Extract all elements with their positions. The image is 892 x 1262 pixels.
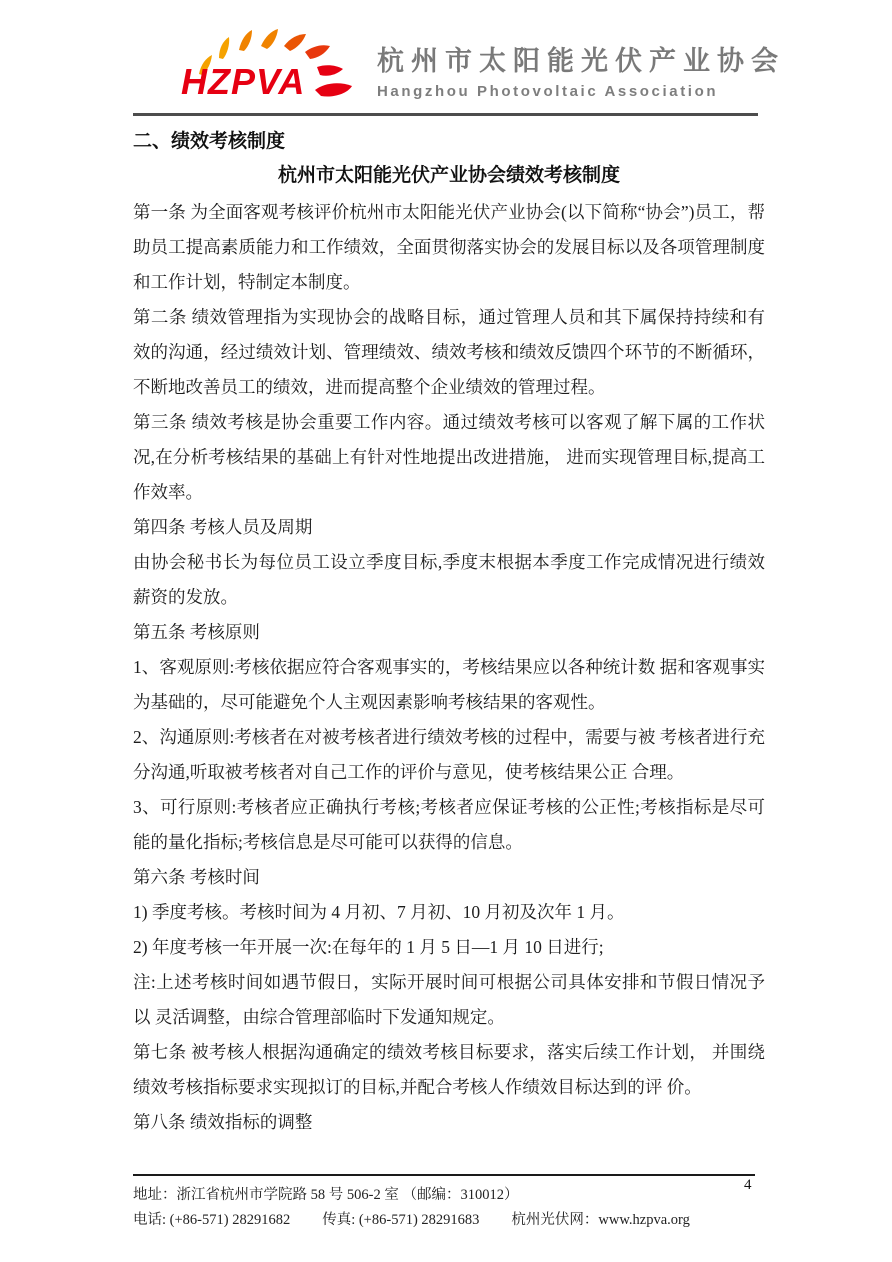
page-number: 4 [744,1177,752,1194]
paragraph: 第二条 绩效管理指为实现协会的战略目标，通过管理人员和其下属保持持续和有效的沟通… [133,300,765,405]
paragraph: 2) 年度考核一年开展一次:在每年的 1 月 5 日—1 月 10 日进行; [133,930,765,965]
section-heading: 二、绩效考核制度 [133,126,765,158]
footer-fax: 传真: (+86-571) 28291683 [322,1208,479,1229]
footer-website: 杭州光伏网：www.hzpva.org [511,1208,689,1229]
paragraph: 第八条 绩效指标的调整 [133,1105,765,1140]
paragraph: 1) 季度考核。考核时间为 4 月初、7 月初、10 月初及次年 1 月。 [133,895,765,930]
hzpva-logo: HZPVA [181,28,363,106]
document-page: HZPVA 杭州市太阳能光伏产业协会 Hangzhou Photovoltaic… [0,0,892,1262]
paragraph: 注:上述考核时间如遇节假日，实际开展时间可根据公司具体安排和节假日情况予以 灵活… [133,965,765,1035]
document-content: 二、绩效考核制度 杭州市太阳能光伏产业协会绩效考核制度 第一条 为全面客观考核评… [133,126,765,1140]
paragraph: 第一条 为全面客观考核评价杭州市太阳能光伏产业协会(以下简称“协会”)员工，帮助… [133,195,765,300]
paragraph: 第五条 考核原则 [133,615,765,650]
org-titles: 杭州市太阳能光伏产业协会 Hangzhou Photovoltaic Assoc… [377,46,785,100]
paragraph: 第四条 考核人员及周期 [133,510,765,545]
sun-flame-logo-icon: HZPVA [181,28,363,106]
document-title: 杭州市太阳能光伏产业协会绩效考核制度 [133,158,765,194]
org-name-en: Hangzhou Photovoltaic Association [377,83,785,100]
footer-divider [133,1174,755,1176]
svg-text:HZPVA: HZPVA [181,61,305,102]
footer-phone: 电话: (+86-571) 28291682 [133,1208,290,1229]
footer-contacts: 电话: (+86-571) 28291682 传真: (+86-571) 282… [133,1208,690,1229]
header-divider [133,113,758,116]
paragraph: 3、可行原则:考核者应正确执行考核;考核者应保证考核的公正性;考核指标是尽可能的… [133,790,765,860]
paragraph: 由协会秘书长为每位员工设立季度目标,季度末根据本季度工作完成情况进行绩效薪资的发… [133,545,765,615]
footer-address: 地址：浙江省杭州市学院路 58 号 506-2 室 （邮编：310012） [133,1183,518,1204]
footer-gap [479,1208,511,1229]
paragraph: 2、沟通原则:考核者在对被考核者进行绩效考核的过程中，需要与被 考核者进行充分沟… [133,720,765,790]
footer-gap [290,1208,322,1229]
org-name-zh: 杭州市太阳能光伏产业协会 [377,46,785,76]
paragraph: 第六条 考核时间 [133,860,765,895]
paragraph: 1、客观原则:考核依据应符合客观事实的，考核结果应以各种统计数 据和客观事实为基… [133,650,765,720]
paragraph: 第三条 绩效考核是协会重要工作内容。通过绩效考核可以客观了解下属的工作状况,在分… [133,405,765,510]
paragraph: 第七条 被考核人根据沟通确定的绩效考核目标要求，落实后续工作计划， 并围绕绩效考… [133,1035,765,1105]
